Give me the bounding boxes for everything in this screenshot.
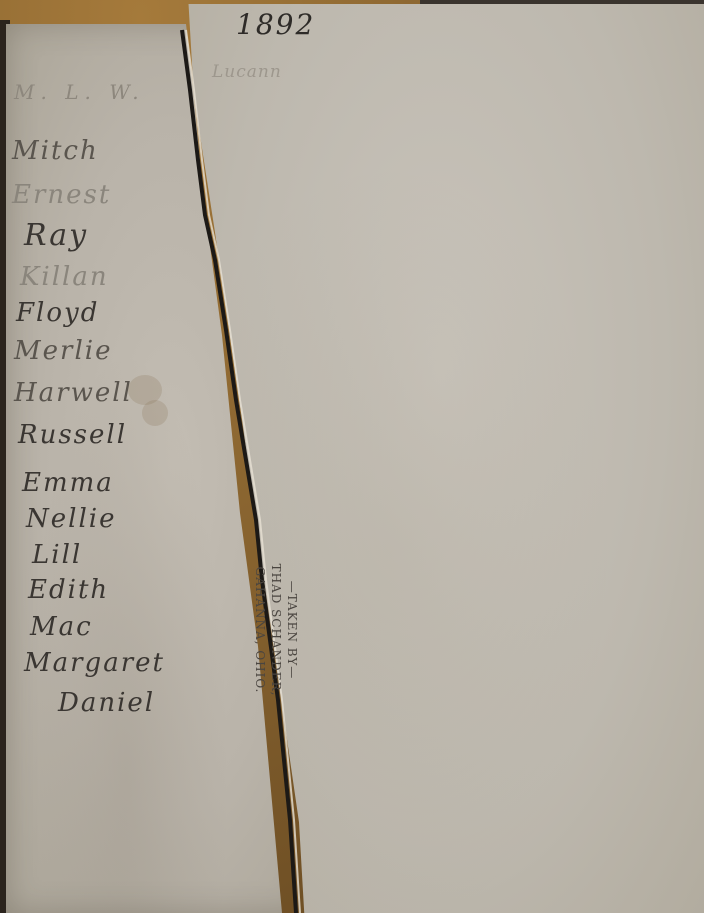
name-item: Emma — [22, 468, 114, 498]
photographer-stamp: —TAKEN BY— THAD SCHANDER, GAHANNA, OHIO. — [252, 540, 300, 720]
name-item: Nellie — [26, 504, 116, 534]
name-item: Margaret — [24, 648, 165, 678]
name-item: Lill — [32, 540, 82, 570]
name-item: Ernest — [12, 180, 111, 210]
name-item: Killan — [20, 262, 109, 292]
name-item: Edith — [28, 575, 109, 605]
name-item: Floyd — [16, 298, 99, 328]
year-annotation: 1892 — [236, 8, 315, 41]
name-item: Merlie — [14, 336, 112, 366]
stamp-line-taken-by: —TAKEN BY— — [284, 540, 300, 720]
name-item: Mac — [30, 612, 93, 642]
name-item: Harwell — [14, 378, 133, 408]
stamp-line-photographer: THAD SCHANDER, — [268, 540, 284, 720]
name-item: Mitch — [12, 136, 99, 166]
name-list: Mitch Ernest Ray Killan Floyd Merlie Har… — [0, 0, 240, 913]
name-item: Ray — [24, 218, 88, 253]
name-item: Daniel — [58, 688, 155, 718]
stamp-line-location: GAHANNA, OHIO. — [252, 540, 268, 720]
name-item: Russell — [18, 420, 127, 450]
